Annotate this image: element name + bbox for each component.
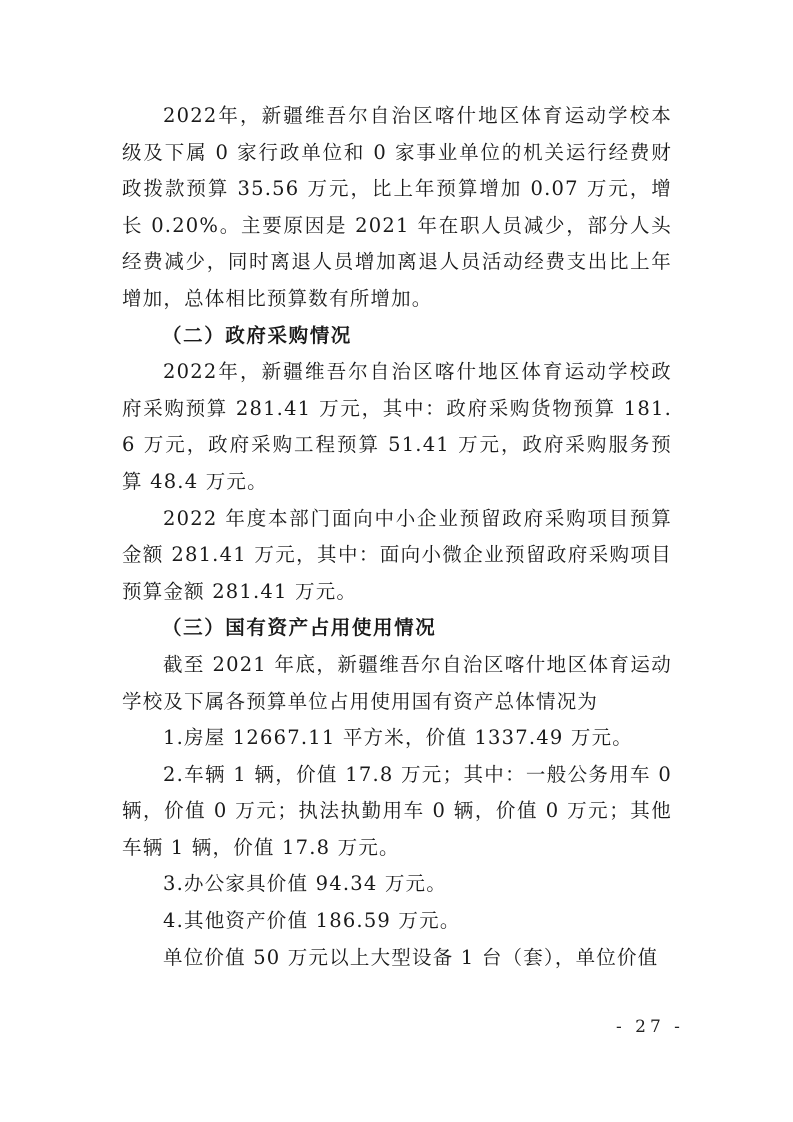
- paragraph-procurement-budget: 2022年，新疆维吾尔自治区喀什地区体育运动学校政府采购预算 281.41 万元…: [122, 354, 672, 500]
- section-heading-government-procurement: （二）政府采购情况: [122, 318, 672, 355]
- document-page: 2022年，新疆维吾尔自治区喀什地区体育运动学校本级及下属 0 家行政单位和 0…: [122, 98, 672, 976]
- paragraph-assets-overview: 截至 2021 年底，新疆维吾尔自治区喀什地区体育运动学校及下属各预算单位占用使…: [122, 647, 672, 720]
- paragraph-operating-expenses: 2022年，新疆维吾尔自治区喀什地区体育运动学校本级及下属 0 家行政单位和 0…: [122, 98, 672, 318]
- section-heading-state-assets: （三）国有资产占用使用情况: [122, 610, 672, 647]
- list-item-vehicles: 2.车辆 1 辆，价值 17.8 万元；其中：一般公务用车 0 辆，价值 0 万…: [122, 757, 672, 867]
- list-item-other-assets: 4.其他资产价值 186.59 万元。: [122, 903, 672, 940]
- list-item-buildings: 1.房屋 12667.11 平方米，价值 1337.49 万元。: [122, 720, 672, 757]
- list-item-office-furniture: 3.办公家具价值 94.34 万元。: [122, 866, 672, 903]
- paragraph-large-equipment: 单位价值 50 万元以上大型设备 1 台（套），单位价值: [122, 940, 672, 977]
- page-number: - 27 -: [616, 1017, 684, 1037]
- paragraph-sme-reserved-procurement: 2022 年度本部门面向中小企业预留政府采购项目预算金额 281.41 万元，其…: [122, 501, 672, 611]
